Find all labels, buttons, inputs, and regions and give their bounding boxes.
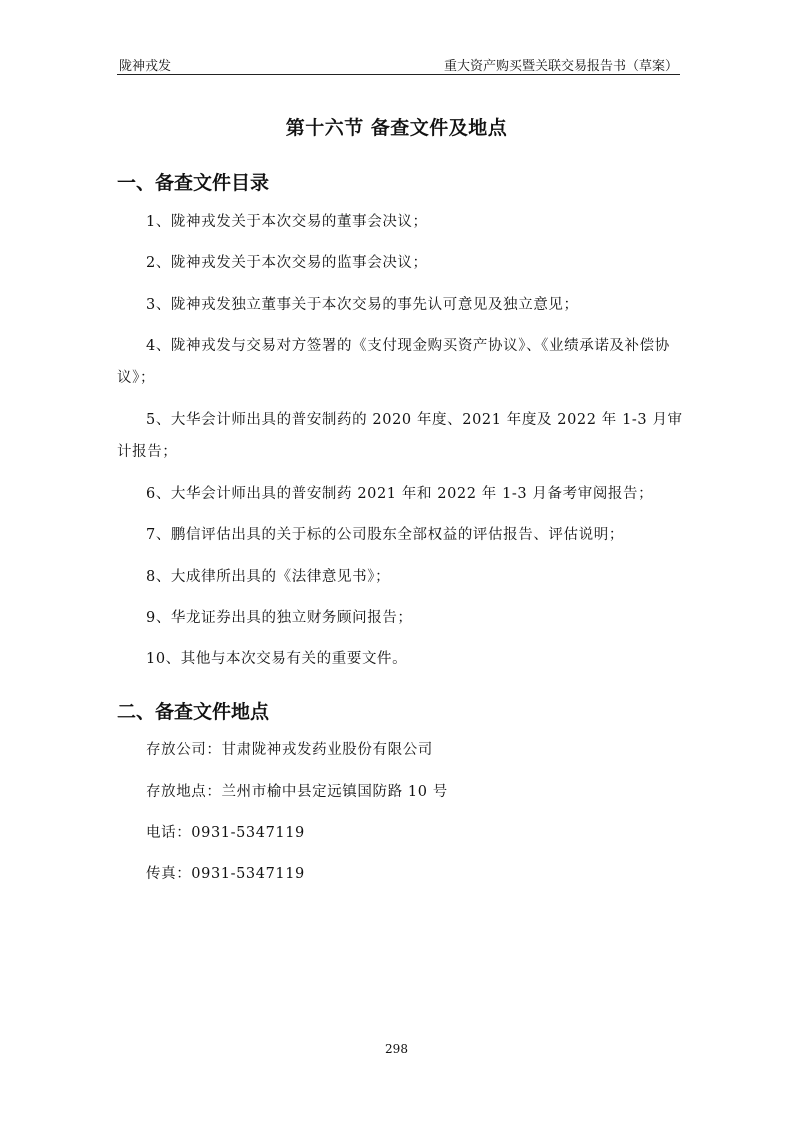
list-item: 8、大成律所出具的《法律意见书》； xyxy=(117,561,683,593)
section-title: 第十六节 备查文件及地点 xyxy=(0,113,793,140)
list-item: 7、鹏信评估出具的关于标的公司股东全部权益的评估报告、评估说明； xyxy=(117,519,683,551)
heading-file-list: 一、备查文件目录 xyxy=(117,168,269,195)
page-number: 298 xyxy=(0,1042,793,1056)
list-item: 5、大华会计师出具的普安制药的 2020 年度、2021 年度及 2022 年 … xyxy=(117,404,683,468)
location-address: 存放地点：兰州市榆中县定远镇国防路 10 号 xyxy=(117,776,683,808)
heading-file-location: 二、备查文件地点 xyxy=(117,697,269,724)
list-item: 9、华龙证券出具的独立财务顾问报告； xyxy=(117,602,683,634)
list-item: 4、陇神戎发与交易对方签署的《支付现金购买资产协议》、《业绩承诺及补偿协议》； xyxy=(117,330,683,394)
location-company: 存放公司：甘肃陇神戎发药业股份有限公司 xyxy=(117,734,683,766)
location-phone: 电话：0931-5347119 xyxy=(117,817,683,849)
list-item: 10、其他与本次交易有关的重要文件。 xyxy=(117,643,683,675)
page-header: 陇神戎发 重大资产购买暨关联交易报告书（草案） xyxy=(117,52,680,75)
location-fax: 传真：0931-5347119 xyxy=(117,858,683,890)
header-doc-title: 重大资产购买暨关联交易报告书（草案） xyxy=(444,55,678,74)
list-item: 1、陇神戎发关于本次交易的董事会决议； xyxy=(117,206,683,238)
header-company: 陇神戎发 xyxy=(119,55,171,74)
list-item: 6、大华会计师出具的普安制药 2021 年和 2022 年 1-3 月备考审阅报… xyxy=(117,478,683,510)
list-item: 3、陇神戎发独立董事关于本次交易的事先认可意见及独立意见； xyxy=(117,289,683,321)
list-item: 2、陇神戎发关于本次交易的监事会决议； xyxy=(117,247,683,279)
